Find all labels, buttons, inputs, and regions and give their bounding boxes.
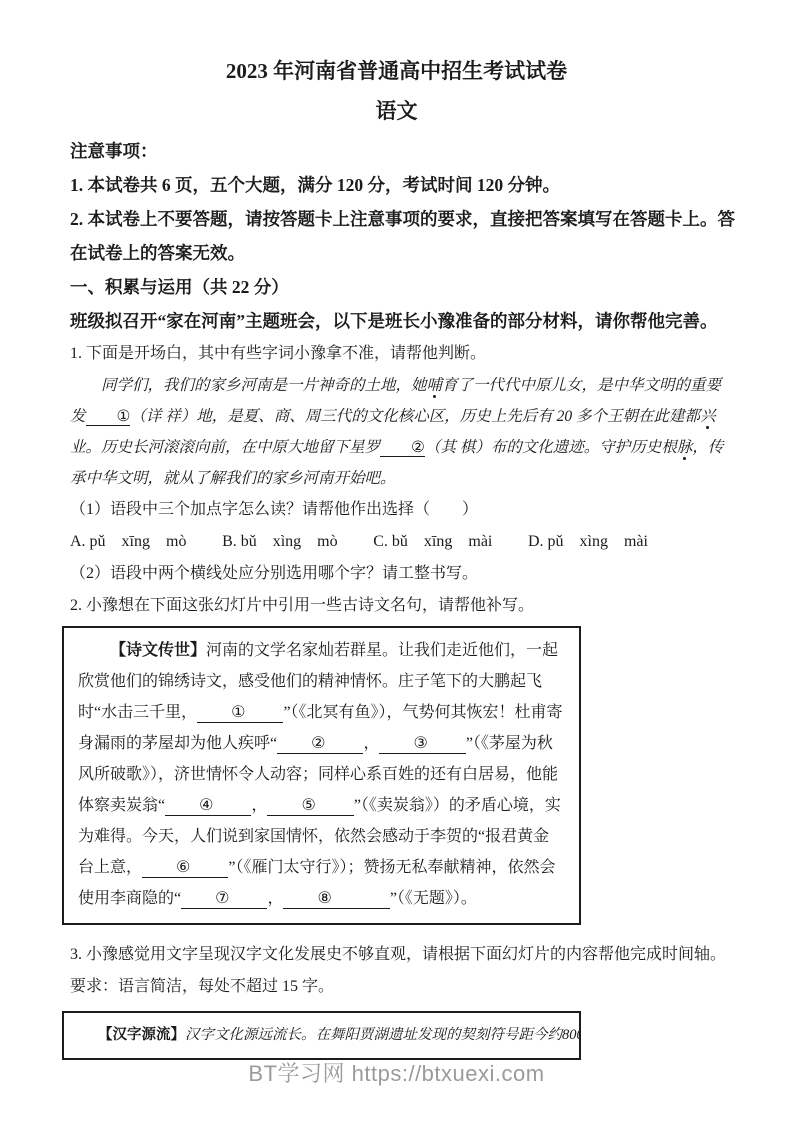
- option-a: A. pǔ xīng mò: [70, 526, 186, 558]
- slide-poetry-text: 【诗文传世】河南的文学名家灿若群星。让我们走近他们，一起欣赏他们的锦绣诗文，感受…: [78, 635, 565, 914]
- notice-item-2: 2. 本试卷上不要答题，请按答题卡上注意事项的要求，直接把答案填写在答题卡上。答…: [70, 202, 735, 270]
- slide-blank-5: ⑤: [267, 797, 353, 816]
- q1-passage: 同学们，我们的家乡河南是一片神奇的土地，她哺育了一代代中原儿女，是中华文明的重要…: [70, 370, 735, 494]
- notice-item-1: 1. 本试卷共 6 页，五个大题，满分 120 分，考试时间 120 分钟。: [70, 168, 735, 202]
- q3-stem: 3. 小豫感觉用文字呈现汉字文化发展史不够直观，请根据下面幻灯片的内容帮他完成时…: [70, 939, 735, 1003]
- slide-blank-6: ⑥: [142, 859, 228, 878]
- slide-blank-2: ②: [277, 735, 363, 754]
- slide-poetry-tag: 【诗文传世】: [110, 642, 206, 659]
- section-1-heading: 一、积累与运用（共 22 分）: [70, 270, 735, 304]
- slide-poetry-box: 【诗文传世】河南的文学名家灿若群星。让我们走近他们，一起欣赏他们的锦绣诗文，感受…: [62, 626, 581, 925]
- emphasis-char-3: 脉: [677, 439, 693, 456]
- subject-title: 语文: [58, 94, 735, 128]
- option-b: B. bǔ xìng mò: [222, 526, 338, 558]
- page-title: 2023 年河南省普通高中招生考试试卷: [58, 54, 735, 88]
- option-d: D. pǔ xìng mài: [528, 526, 648, 558]
- q1-sub1: （1）语段中三个加点字怎么读？请帮他作出选择（ ）: [70, 494, 735, 526]
- slide-seg-3: ，: [363, 735, 379, 752]
- footer-watermark: BT学习网 https://btxuexi.com: [0, 1058, 793, 1090]
- slide-blank-4: ④: [165, 797, 251, 816]
- passage-seg-4: 业。历史长河滚滚向前，在中原大地留下星罗: [70, 439, 380, 456]
- exam-page: 2023 年河南省普通高中招生考试试卷 语文 注意事项： 1. 本试卷共 6 页…: [0, 0, 793, 1122]
- passage-blank-2: ②: [380, 439, 425, 457]
- slide-blank-3: ③: [379, 735, 465, 754]
- slide-seg-5: ，: [251, 797, 267, 814]
- q1-stem: 1. 下面是开场白，其中有些字词小豫拿不准，请帮他判断。: [70, 338, 735, 370]
- q1-options-row: A. pǔ xīng mò B. bǔ xìng mò C. bǔ xīng m…: [70, 526, 648, 558]
- q1-sub2: （2）语段中两个横线处应分别选用哪个字？请工整书写。: [70, 558, 735, 590]
- slide-hanzi-tag: 【汉字源流】: [98, 1027, 185, 1043]
- slide-blank-7: ⑦: [181, 890, 267, 909]
- section-1-lead: 班级拟召开“家在河南”主题班会，以下是班长小豫准备的部分材料，请你帮他完善。: [70, 304, 735, 338]
- slide-hanzi-text: 汉字文化源远流长。在舞阳贾湖遗址发现的契刻符号距今约8000: [185, 1027, 581, 1043]
- slide-seg-9: ”（《无题》）。: [390, 890, 477, 907]
- passage-seg-5: （其 棋）布的文化遗迹。守护历史根: [425, 439, 677, 456]
- slide-blank-8: ⑧: [283, 890, 389, 909]
- emphasis-char-2: 兴: [700, 408, 716, 425]
- notice-heading: 注意事项：: [70, 134, 735, 168]
- slide-blank-1: ①: [197, 704, 283, 723]
- slide-hanzi-box: 【汉字源流】汉字文化源远流长。在舞阳贾湖遗址发现的契刻符号距今约8000: [62, 1011, 581, 1060]
- emphasis-char-1: 哺: [427, 377, 443, 394]
- option-c: C. bǔ xīng mài: [373, 526, 492, 558]
- slide-seg-8: ，: [267, 890, 283, 907]
- passage-seg-3: （详 祥）地，是夏、商、周三代的文化核心区，历史上先后有 20 多个王朝在此建都: [130, 408, 700, 425]
- passage-blank-1: ①: [86, 408, 131, 426]
- passage-seg-1: 同学们，我们的家乡河南是一片神奇的土地，她: [101, 377, 427, 394]
- q2-stem: 2. 小豫想在下面这张幻灯片中引用一些古诗文名句，请帮他补写。: [70, 590, 735, 622]
